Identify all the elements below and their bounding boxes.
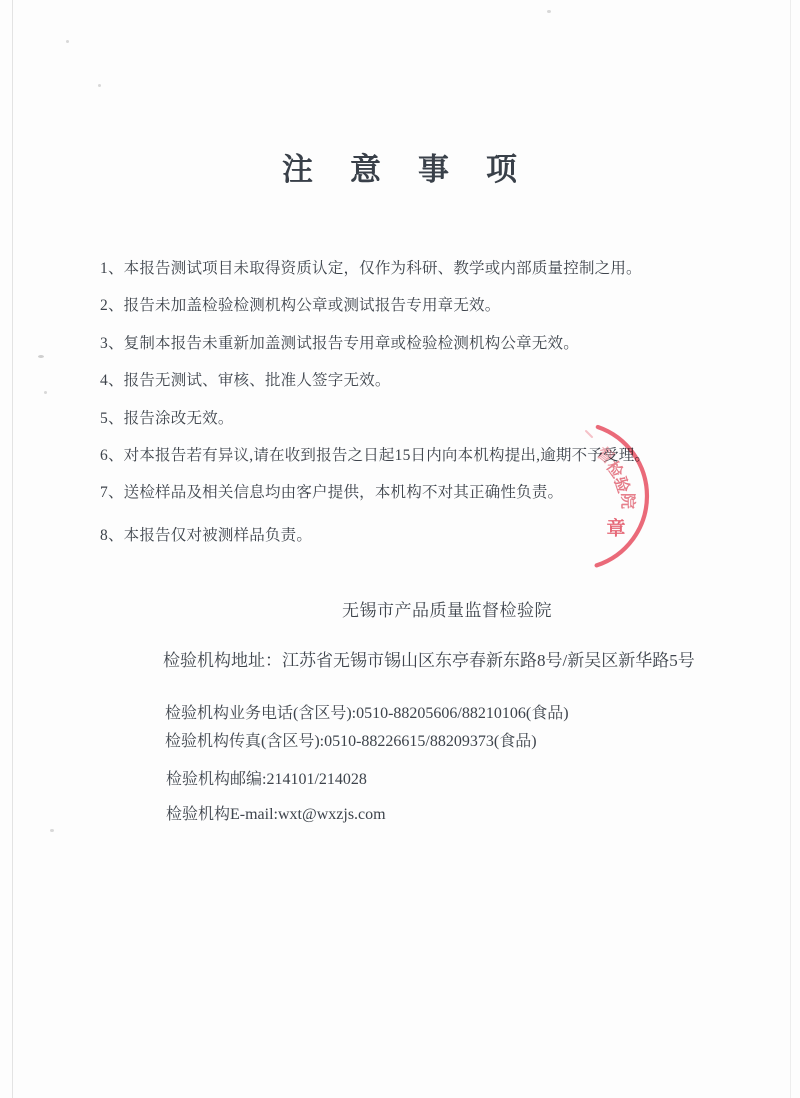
seal-char-zhang: 章 <box>606 517 625 540</box>
institution-name: 无锡市产品质量监督检验院 <box>342 596 552 621</box>
scanned-document-page: 注意事项 1、本报告测试项目未取得资质认定，仅作为科研、教学或内部质量控制之用。… <box>0 0 800 1098</box>
institution-phone: 检验机构业务电话(含区号):0510-88205606/88210106(食品) <box>165 700 569 723</box>
scan-speck <box>547 10 551 13</box>
seal-arc-fragment <box>586 431 592 437</box>
notice-item-8: 8、本报告仅对被测样品负责。 <box>100 523 312 545</box>
notice-item-5: 5、报告涂改无效。 <box>100 406 234 428</box>
notice-item-2: 2、报告未加盖检验检测机构公章或测试报告专用章无效。 <box>100 293 500 315</box>
scan-edge-left <box>12 0 13 1098</box>
scan-speck <box>66 40 69 43</box>
scan-speck <box>50 829 54 832</box>
seal-char-yan: 验 <box>610 474 633 495</box>
scan-speck <box>38 355 44 358</box>
notice-item-6: 6、对本报告若有异议,请在收到报告之日起15日内向本机构提出,逾期不予受理。 <box>100 443 650 465</box>
scan-edge-right <box>790 0 791 1098</box>
scan-speck <box>98 84 101 87</box>
seal-char-yuan: 院 <box>619 493 638 509</box>
notice-item-7: 7、送检样品及相关信息均由客户提供，本机构不对其正确性负责。 <box>100 480 563 502</box>
page-title: 注意事项 <box>282 144 554 189</box>
scan-speck <box>44 391 47 394</box>
institution-fax: 检验机构传真(含区号):0510-88226615/88209373(食品) <box>165 728 537 751</box>
institution-email: 检验机构E-mail:wxt@wxzjs.com <box>166 801 386 824</box>
notice-item-1: 1、本报告测试项目未取得资质认定，仅作为科研、教学或内部质量控制之用。 <box>100 256 642 278</box>
notice-item-4: 4、报告无测试、审核、批准人签字无效。 <box>100 368 391 390</box>
institution-postcode: 检验机构邮编:214101/214028 <box>166 766 367 789</box>
notice-item-3: 3、复制本报告未重新加盖测试报告专用章或检验检测机构公章无效。 <box>100 331 579 353</box>
institution-address: 检验机构地址：江苏省无锡市锡山区东亭春新东路8号/新吴区新华路5号 <box>163 646 695 671</box>
